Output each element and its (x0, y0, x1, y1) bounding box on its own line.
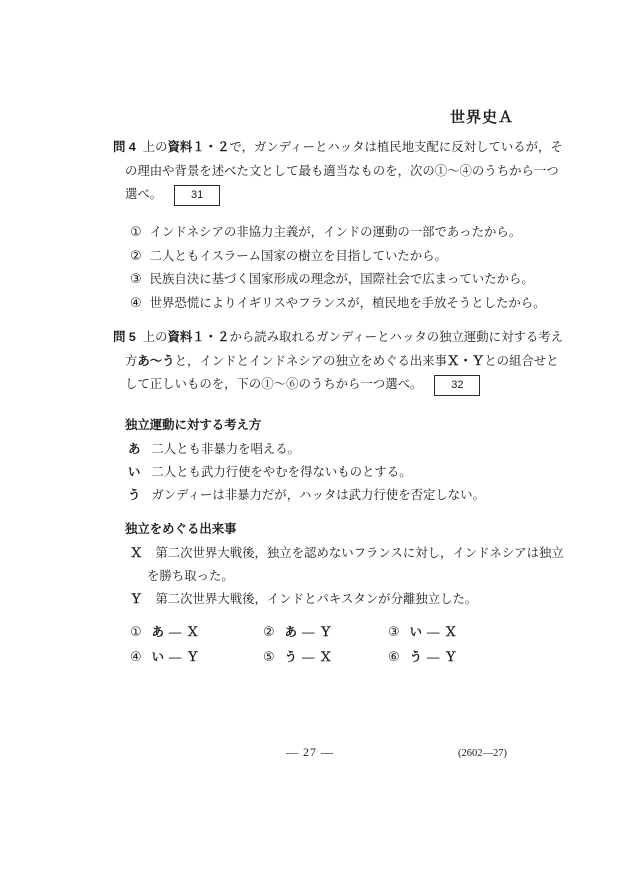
circled-number-3-icon: ③ (130, 272, 142, 287)
events-heading: 独立をめぐる出来事 (125, 519, 237, 537)
option-2: ②二人ともイスラーム国家の樹立を目指していたから。 (130, 245, 546, 269)
thought-text-i: 二人とも武力行使をやむを得ないものとする。 (151, 465, 411, 479)
events-list: Ｘ第二次世界大戦後，独立を認めないフランスに対し，インドネシアは独立 を勝ち取っ… (130, 542, 564, 611)
combo-4-letter: Ｙ (186, 650, 198, 664)
combo-6-letter: Ｙ (444, 650, 456, 664)
combo-4-kana: い (152, 650, 164, 664)
question-5-line1: 問 5上の資料１・２から読み取れるガンディーとハッタの独立運動に対する考え (113, 326, 553, 350)
thought-text-u: ガンディーは非暴力だが，ハッタは武力行使を否定しない。 (151, 488, 485, 502)
event-label-x: Ｘ (130, 546, 142, 560)
combo-6: ⑥う―Ｙ (388, 646, 457, 671)
circled-number-2-icon: ② (263, 625, 275, 640)
circled-number-5-icon: ⑤ (263, 650, 275, 665)
question-4-text-bold: 資料１・２ (168, 140, 230, 154)
combo-6-dash: ― (427, 650, 439, 664)
combo-2-letter: Ｙ (319, 625, 331, 639)
combo-1-kana: あ (152, 625, 164, 639)
question-4-line1: 問 4上の資料１・２で，ガンディーとハッタは植民地支配に反対しているが，そ (113, 136, 553, 160)
combo-2: ②あ―Ｙ (263, 621, 388, 646)
question-4-line3: 選べ。31 (113, 183, 553, 207)
circled-number-3-icon: ③ (388, 625, 400, 640)
question-5-line2-p1: 方 (125, 354, 137, 368)
event-y-line1: Ｙ第二次世界大戦後，インドとパキスタンが分離独立した。 (130, 588, 564, 611)
thoughts-heading: 独立運動に対する考え方 (125, 415, 261, 433)
combo-1: ①あ―Ｘ (130, 621, 263, 646)
answer-number-box-32: 32 (434, 375, 480, 396)
event-x-text: 第二次世界大戦後，独立を認めないフランスに対し，インドネシアは独立 (155, 546, 563, 560)
exam-page: 世界史Ａ 問 4上の資料１・２で，ガンディーとハッタは植民地支配に反対しているが… (0, 0, 620, 877)
question-5-text-post: から読み取れるガンディーとハッタの独立運動に対する考え (229, 330, 563, 344)
option-1: ①インドネシアの非協力主義が，インドの運動の一部であったから。 (130, 221, 546, 245)
combo-2-kana: あ (285, 625, 297, 639)
event-label-y: Ｙ (130, 592, 142, 606)
thought-item-a: あ二人とも非暴力を唱える。 (128, 438, 485, 461)
combo-3: ③い―Ｘ (388, 621, 457, 646)
thought-text-a: 二人とも非暴力を唱える。 (151, 442, 300, 456)
question-5-line2-p2: と，インドとインドネシアの独立をめぐる出来事 (175, 354, 447, 368)
question-5-line3: して正しいものを，下の①～⑥のうちから一つ選べ。32 (113, 373, 553, 397)
event-x-line2: を勝ち取った。 (130, 565, 564, 588)
combo-5-kana: う (285, 650, 297, 664)
thought-item-i: い二人とも武力行使をやむを得ないものとする。 (128, 461, 485, 484)
thought-label-u: う (128, 488, 140, 502)
question-5-text-pre: 上の (143, 330, 168, 344)
option-1-text: インドネシアの非協力主義が，インドの運動の一部であったから。 (150, 225, 521, 239)
combo-3-letter: Ｘ (444, 625, 456, 639)
question-5-line3-text: して正しいものを，下の①～⑥のうちから一つ選べ。 (125, 377, 422, 391)
question-4-text-pre: 上の (143, 140, 168, 154)
question-5-text-bold: 資料１・２ (168, 330, 230, 344)
question-4-label: 問 4 (113, 140, 136, 154)
combo-4-dash: ― (169, 650, 181, 664)
event-y-text: 第二次世界大戦後，インドとパキスタンが分離独立した。 (155, 592, 477, 606)
answer-combination-grid: ①あ―Ｘ ②あ―Ｙ ③い―Ｘ ④い―Ｙ ⑤う―Ｘ ⑥う―Ｙ (130, 621, 457, 671)
question-5-line2-kana-range: あ～う (137, 354, 174, 368)
combo-3-dash: ― (427, 625, 439, 639)
option-2-text: 二人ともイスラーム国家の樹立を目指していたから。 (150, 249, 447, 263)
circled-number-4-icon: ④ (130, 296, 142, 311)
question-5-line2-xy: Ｘ・Ｙ (447, 354, 484, 368)
option-3-text: 民族自決に基づく国家形成の理念が，国際社会で広まっていたから。 (150, 272, 534, 286)
question-4-line3-text: 選べ。 (125, 187, 162, 201)
thought-item-u: うガンディーは非暴力だが，ハッタは武力行使を否定しない。 (128, 484, 485, 507)
combo-5: ⑤う―Ｘ (263, 646, 388, 671)
question-5-line2-p3: との組合せと (484, 354, 558, 368)
question-5-label: 問 5 (113, 330, 136, 344)
combo-5-letter: Ｘ (319, 650, 331, 664)
thoughts-list: あ二人とも非暴力を唱える。 い二人とも武力行使をやむを得ないものとする。 うガン… (128, 438, 485, 507)
page-number: — 27 — (0, 745, 620, 760)
option-4-text: 世界恐慌によりイギリスやフランスが，植民地を手放そうとしたから。 (150, 296, 546, 310)
circled-number-4-icon: ④ (130, 650, 142, 665)
option-3: ③民族自決に基づく国家形成の理念が，国際社会で広まっていたから。 (130, 268, 546, 292)
combo-1-letter: Ｘ (186, 625, 198, 639)
question-4: 問 4上の資料１・２で，ガンディーとハッタは植民地支配に反対しているが，そ の理… (113, 136, 553, 207)
combo-2-dash: ― (302, 625, 314, 639)
circled-number-1-icon: ① (130, 625, 142, 640)
subject-title: 世界史Ａ (450, 106, 514, 127)
combo-5-dash: ― (302, 650, 314, 664)
event-x-line1: Ｘ第二次世界大戦後，独立を認めないフランスに対し，インドネシアは独立 (130, 542, 564, 565)
combo-1-dash: ― (169, 625, 181, 639)
combo-4: ④い―Ｙ (130, 646, 263, 671)
answer-number-box-31: 31 (174, 185, 220, 206)
question-4-options: ①インドネシアの非協力主義が，インドの運動の一部であったから。 ②二人ともイスラ… (130, 221, 546, 315)
question-4-text-post: で，ガンディーとハッタは植民地支配に反対しているが，そ (229, 140, 562, 154)
circled-number-2-icon: ② (130, 249, 142, 264)
booklet-code: (2602—27) (458, 748, 507, 759)
question-5: 問 5上の資料１・２から読み取れるガンディーとハッタの独立運動に対する考え 方あ… (113, 326, 553, 397)
thought-label-a: あ (128, 442, 140, 456)
option-4: ④世界恐慌によりイギリスやフランスが，植民地を手放そうとしたから。 (130, 292, 546, 316)
combo-3-kana: い (410, 625, 422, 639)
thought-label-i: い (128, 465, 140, 479)
question-4-line2: の理由や背景を述べた文として最も適当なものを，次の①～④のうちから一つ (113, 160, 553, 184)
circled-number-6-icon: ⑥ (388, 650, 400, 665)
question-5-line2: 方あ～うと，インドとインドネシアの独立をめぐる出来事Ｘ・Ｙとの組合せと (113, 350, 553, 374)
circled-number-1-icon: ① (130, 225, 142, 240)
combo-6-kana: う (410, 650, 422, 664)
